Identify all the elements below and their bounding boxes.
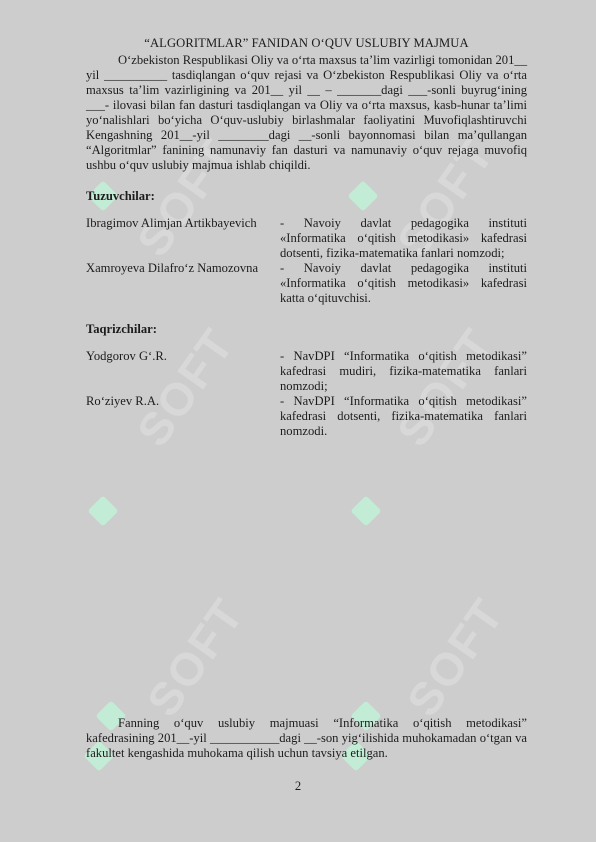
page-number: 2	[0, 779, 596, 794]
intro-paragraph: O‘zbekiston Respublikasi Oliy va o‘rta m…	[86, 53, 527, 173]
reviewer-entry: Yodgorov G‘.R. - NavDPI “Informatika o‘q…	[86, 349, 527, 394]
author-name: Ibragimov Alimjan Artikbayevich	[86, 216, 261, 261]
closing-section: Fanning o‘quv uslubiy majmuasi “Informat…	[86, 716, 527, 761]
reviewer-name: Yodgorov G‘.R.	[86, 349, 261, 394]
watermark-leaf-icon	[87, 495, 118, 526]
author-name: Xamroyeva Dilafro‘z Namozovna	[86, 261, 261, 306]
author-entry: Ibragimov Alimjan Artikbayevich - Navoiy…	[86, 216, 527, 261]
watermark-text: SOFT	[136, 588, 255, 726]
document-page: “ALGORITMLAR” FANIDAN O‘QUV USLUBIY MAJM…	[86, 36, 527, 439]
reviewer-entry: Ro‘ziyev R.A. - NavDPI “Informatika o‘qi…	[86, 394, 527, 439]
author-entry: Xamroyeva Dilafro‘z Namozovna - Navoiy d…	[86, 261, 527, 306]
closing-paragraph: Fanning o‘quv uslubiy majmuasi “Informat…	[86, 716, 527, 761]
author-description: - Navoiy davlat pedagogika instituti «In…	[280, 261, 527, 306]
reviewers-heading: Taqrizchilar:	[86, 322, 527, 337]
reviewer-description: - NavDPI “Informatika o‘qitish metodikas…	[280, 349, 527, 394]
author-description: - Navoiy davlat pedagogika instituti «In…	[280, 216, 527, 261]
authors-heading: Tuzuvchilar:	[86, 189, 527, 204]
watermark-leaf-icon	[350, 495, 381, 526]
reviewer-name: Ro‘ziyev R.A.	[86, 394, 261, 439]
document-title: “ALGORITMLAR” FANIDAN O‘QUV USLUBIY MAJM…	[86, 36, 527, 51]
watermark-text: SOFT	[396, 588, 515, 726]
reviewer-description: - NavDPI “Informatika o‘qitish metodikas…	[280, 394, 527, 439]
